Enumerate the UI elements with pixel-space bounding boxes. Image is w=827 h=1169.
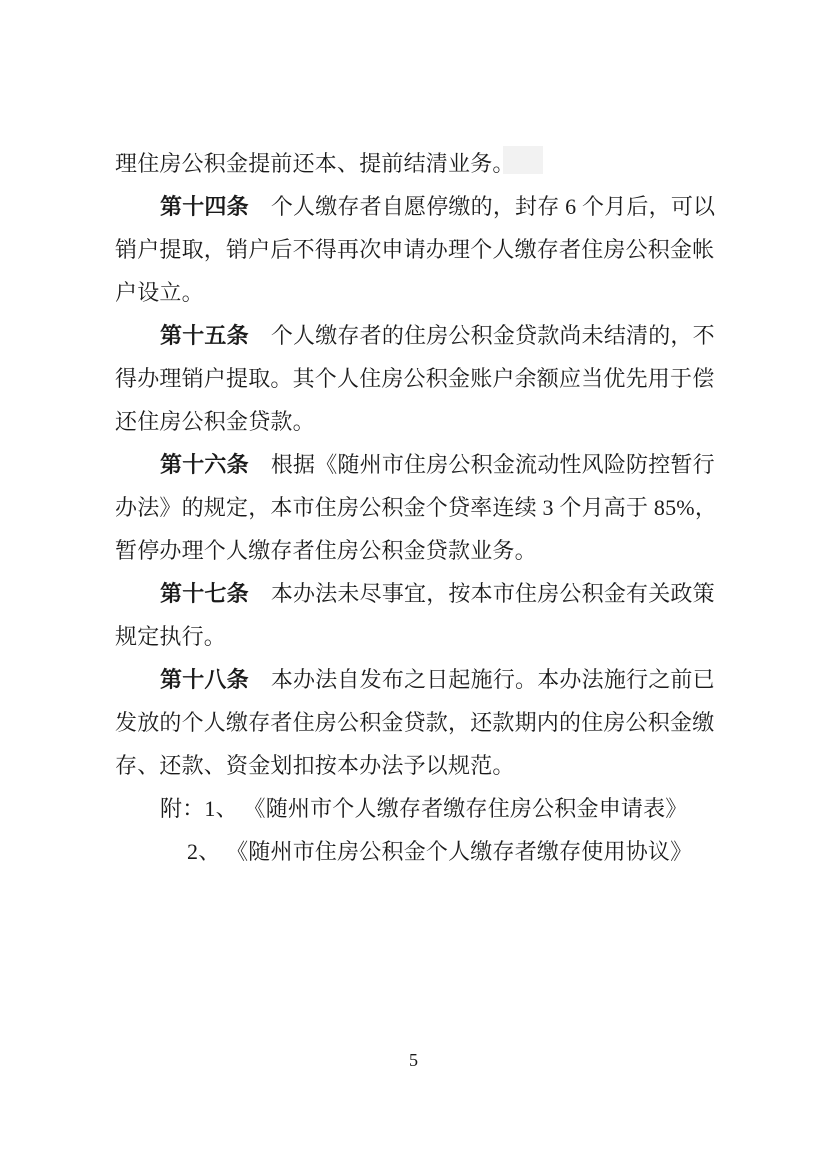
line-text: 存、还款、资金划扣按本办法予以规范。 bbox=[115, 753, 515, 778]
document-page: 理住房公积金提前还本、提前结清业务。 第十四条个人缴存者自愿停缴的，封存 6 个… bbox=[0, 0, 827, 1169]
text-line: 第十六条根据《随州市住房公积金流动性风险防控暂行 bbox=[115, 443, 713, 486]
line-text: 2、 《随州市住房公积金个人缴存者缴存使用协议》 bbox=[187, 839, 692, 864]
text-line: 规定执行。 bbox=[115, 615, 713, 658]
line-text: 根据《随州市住房公积金流动性风险防控暂行 bbox=[271, 452, 715, 477]
text-line: 第十八条本办法自发布之日起施行。本办法施行之前已 bbox=[115, 658, 713, 701]
text-line: 理住房公积金提前还本、提前结清业务。 bbox=[115, 142, 713, 185]
line-text: 理住房公积金提前还本、提前结清业务。 bbox=[115, 151, 515, 176]
attachment-line: 2、 《随州市住房公积金个人缴存者缴存使用协议》 bbox=[115, 830, 713, 873]
article-number: 第十八条 bbox=[160, 667, 249, 692]
attachment-line: 附：1、 《随州市个人缴存者缴存住房公积金申请表》 bbox=[115, 787, 713, 830]
line-text: 还住房公积金贷款。 bbox=[115, 409, 315, 434]
line-text: 本办法未尽事宜，按本市住房公积金有关政策 bbox=[271, 581, 715, 606]
document-body: 理住房公积金提前还本、提前结清业务。 第十四条个人缴存者自愿停缴的，封存 6 个… bbox=[115, 142, 713, 873]
line-text: 发放的个人缴存者住房公积金贷款，还款期内的住房公积金缴 bbox=[115, 710, 714, 735]
line-text: 附：1、 《随州市个人缴存者缴存住房公积金申请表》 bbox=[160, 796, 688, 821]
line-text: 暂停办理个人缴存者住房公积金贷款业务。 bbox=[115, 538, 537, 563]
line-text: 个人缴存者的住房公积金贷款尚未结清的，不 bbox=[271, 323, 715, 348]
line-text: 户设立。 bbox=[115, 280, 204, 305]
line-text: 销户提取，销户后不得再次申请办理个人缴存者住房公积金帐 bbox=[115, 237, 714, 262]
article-number: 第十六条 bbox=[160, 452, 249, 477]
article-number: 第十七条 bbox=[160, 581, 249, 606]
line-text: 本办法自发布之日起施行。本办法施行之前已 bbox=[271, 667, 715, 692]
article-number: 第十四条 bbox=[160, 194, 249, 219]
text-line: 还住房公积金贷款。 bbox=[115, 400, 713, 443]
text-line: 销户提取，销户后不得再次申请办理个人缴存者住房公积金帐 bbox=[115, 228, 713, 271]
text-line: 办法》的规定，本市住房公积金个贷率连续 3 个月高于 85%， bbox=[115, 486, 713, 529]
text-line: 第十五条个人缴存者的住房公积金贷款尚未结清的，不 bbox=[115, 314, 713, 357]
text-line: 暂停办理个人缴存者住房公积金贷款业务。 bbox=[115, 529, 713, 572]
text-line: 户设立。 bbox=[115, 271, 713, 314]
line-text: 个人缴存者自愿停缴的，封存 6 个月后，可以 bbox=[271, 194, 715, 219]
text-line: 发放的个人缴存者住房公积金贷款，还款期内的住房公积金缴 bbox=[115, 701, 713, 744]
text-line: 得办理销户提取。其个人住房公积金账户余额应当优先用于偿 bbox=[115, 357, 713, 400]
line-text: 得办理销户提取。其个人住房公积金账户余额应当优先用于偿 bbox=[115, 366, 714, 391]
page-number: 5 bbox=[0, 1050, 827, 1071]
text-line: 第十七条本办法未尽事宜，按本市住房公积金有关政策 bbox=[115, 572, 713, 615]
line-text: 办法》的规定，本市住房公积金个贷率连续 3 个月高于 85%， bbox=[115, 495, 717, 520]
article-number: 第十五条 bbox=[160, 323, 249, 348]
text-line: 第十四条个人缴存者自愿停缴的，封存 6 个月后，可以 bbox=[115, 185, 713, 228]
text-line: 存、还款、资金划扣按本办法予以规范。 bbox=[115, 744, 713, 787]
line-text: 规定执行。 bbox=[115, 624, 226, 649]
